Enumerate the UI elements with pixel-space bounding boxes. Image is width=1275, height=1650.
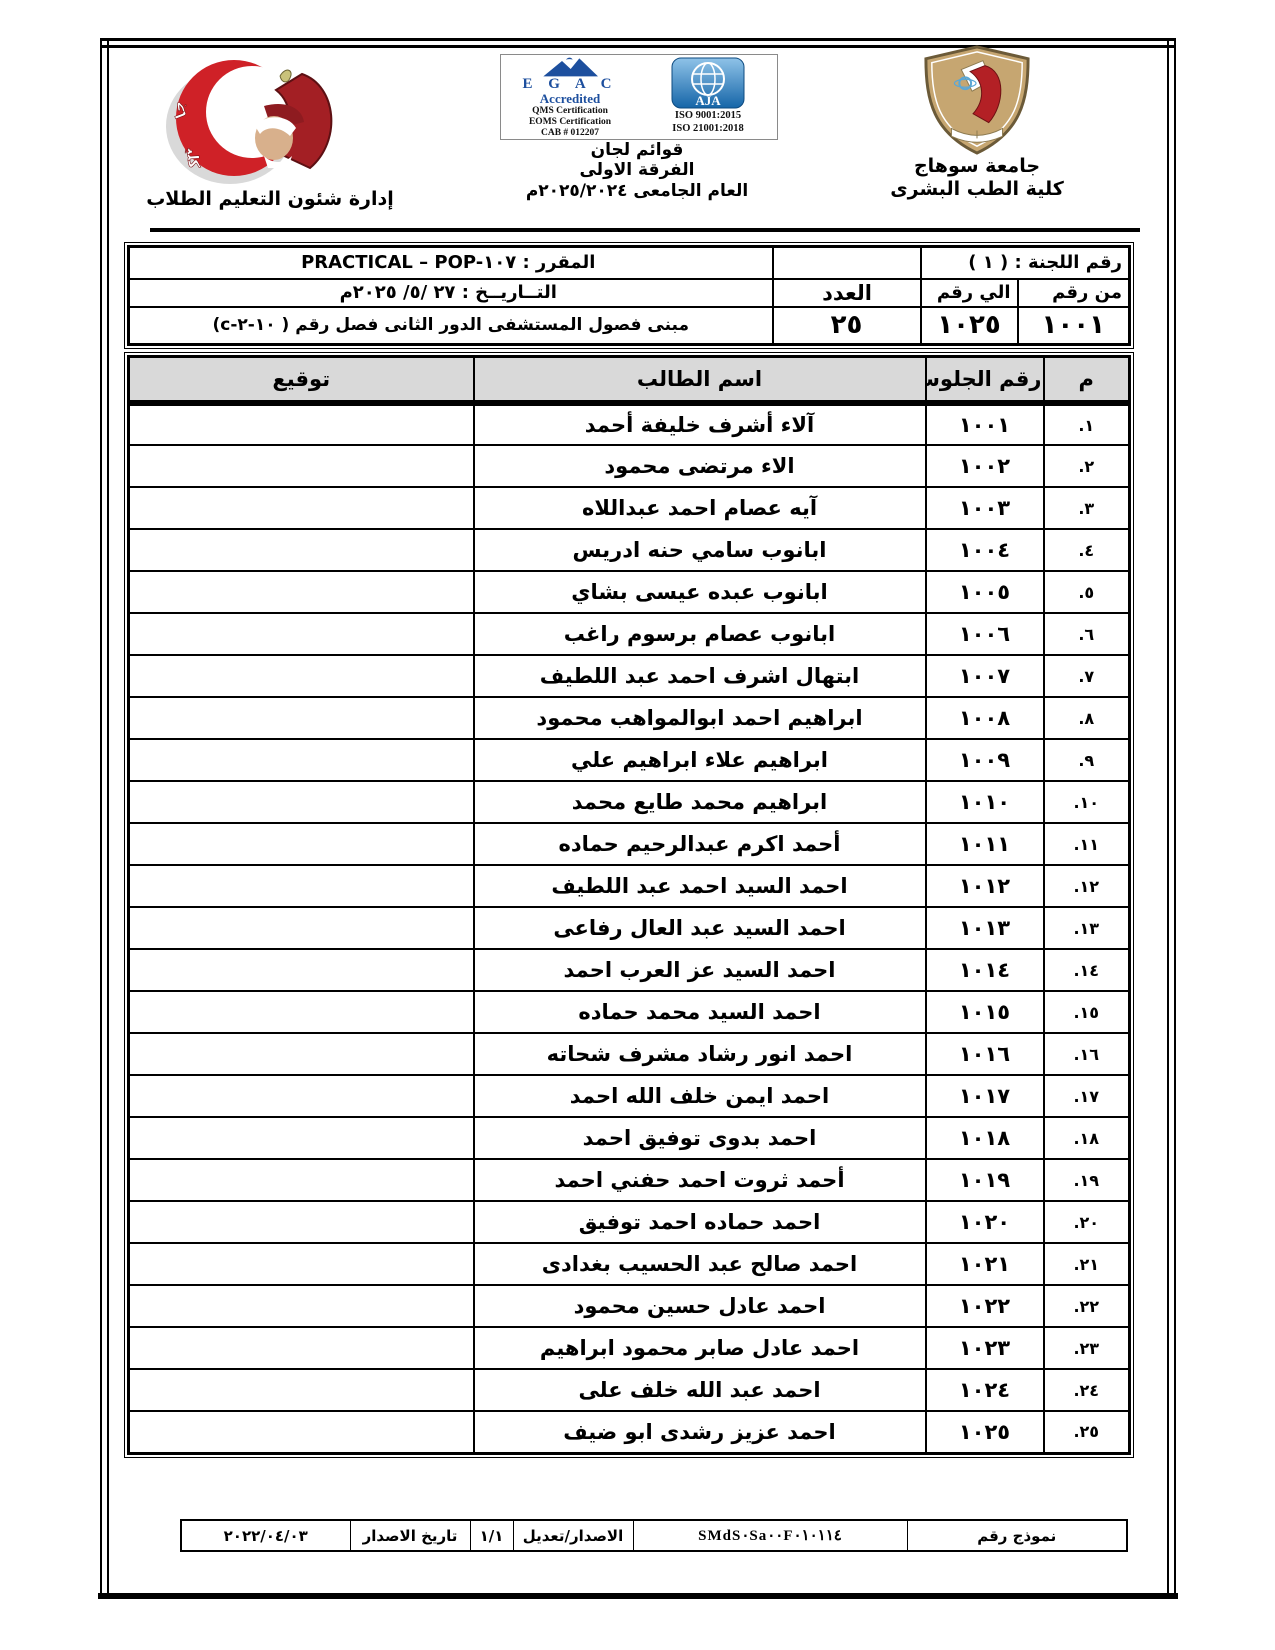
signature-cell [129, 907, 474, 949]
signature-cell [129, 1117, 474, 1159]
table-row: ١٣. ١٠١٣ احمد السيد عبد العال رفاعى [129, 907, 1130, 949]
table-row: ١٥. ١٠١٥ احمد السيد محمد حماده [129, 991, 1130, 1033]
signature-cell [129, 1201, 474, 1243]
table-row: ٢١. ١٠٢١ احمد صالح عبد الحسيب بغدادى [129, 1243, 1130, 1285]
signature-cell [129, 1033, 474, 1075]
seat-number-cell: ١٠٢٠ [926, 1201, 1044, 1243]
row-number-cell: ٨. [1044, 697, 1130, 739]
count-value: ٢٥ [773, 307, 921, 345]
seat-number-cell: ١٠١٧ [926, 1075, 1044, 1117]
egac-sub-line-3: CAB # 012207 [541, 128, 599, 139]
table-row: ١٠. ١٠١٠ ابراهيم محمد طايع محمد [129, 781, 1130, 823]
seat-number-cell: ١٠٢١ [926, 1243, 1044, 1285]
egac-sub-line-1: QMS Certification [532, 106, 608, 117]
from-number-value: ١٠٠١ [1018, 307, 1130, 345]
signature-cell [129, 1369, 474, 1411]
signature-cell [129, 781, 474, 823]
col-header-student-name: اسم الطالب [474, 357, 926, 404]
student-name-cell: آيه عصام احمد عبداللاه [474, 487, 926, 529]
student-name-cell: الاء مرتضى محمود [474, 445, 926, 487]
col-header-seat-number: رقم الجلوس [926, 357, 1044, 404]
table-row: ١٩. ١٠١٩ أحمد ثروت احمد حفني احمد [129, 1159, 1130, 1201]
seat-number-cell: ١٠١٤ [926, 949, 1044, 991]
seat-number-cell: ١٠١٨ [926, 1117, 1044, 1159]
table-row: ٨. ١٠٠٨ ابراهيم احمد ابوالمواهب محمود [129, 697, 1130, 739]
issue-value: ١/١ [470, 1520, 513, 1551]
seat-number-cell: ١٠١٥ [926, 991, 1044, 1033]
certification-box: E G A C Accredited QMS Certification EOM… [500, 54, 778, 140]
student-name-cell: احمد السيد عز العرب احمد [474, 949, 926, 991]
student-name-cell: احمد السيد احمد عبد اللطيف [474, 865, 926, 907]
seat-number-cell: ١٠١٠ [926, 781, 1044, 823]
row-number-cell: ١٨. [1044, 1117, 1130, 1159]
left-caption: إدارة شئون التعليم الطلاب [110, 188, 430, 210]
table-row: ٦. ١٠٠٦ ابانوب عصام برسوم راغب [129, 613, 1130, 655]
student-name-cell: احمد عادل صابر محمود ابراهيم [474, 1327, 926, 1369]
student-table: م رقم الجلوس اسم الطالب توقيع ١. ١٠٠١ آل… [124, 352, 1134, 1458]
row-number-cell: ١٤. [1044, 949, 1130, 991]
signature-cell [129, 1411, 474, 1453]
signature-cell [129, 949, 474, 991]
frame-left-line-outer [100, 38, 102, 1598]
table-row: ١٧. ١٠١٧ احمد ايمن خلف الله احمد [129, 1075, 1130, 1117]
signature-cell [129, 613, 474, 655]
doc-title-line-2: الفرقة الاولى [422, 160, 852, 180]
seat-number-cell: ١٠٠٣ [926, 487, 1044, 529]
signature-cell [129, 487, 474, 529]
table-row: ٧. ١٠٠٧ ابتهال اشرف احمد عبد اللطيف [129, 655, 1130, 697]
seat-number-cell: ١٠٠٧ [926, 655, 1044, 697]
row-number-cell: ٢٣. [1044, 1327, 1130, 1369]
student-name-cell: آلاء أشرف خليفة أحمد [474, 403, 926, 445]
empty-cell [773, 247, 921, 279]
student-name-cell: احمد السيد محمد حماده [474, 991, 926, 1033]
table-row: ١٤. ١٠١٤ احمد السيد عز العرب احمد [129, 949, 1130, 991]
signature-cell [129, 403, 474, 445]
date-cell: التــاريــخ : ٢٧ /٥/ ٢٠٢٥م [129, 279, 773, 307]
table-row: ٢. ١٠٠٢ الاء مرتضى محمود [129, 445, 1130, 487]
seat-number-cell: ١٠٠٦ [926, 613, 1044, 655]
to-number-label: الي رقم [921, 279, 1018, 307]
row-number-cell: ٢١. [1044, 1243, 1130, 1285]
row-number-cell: ٣. [1044, 487, 1130, 529]
signature-cell [129, 1285, 474, 1327]
seat-number-cell: ١٠٠٨ [926, 697, 1044, 739]
student-name-cell: ابراهيم علاء ابراهيم علي [474, 739, 926, 781]
student-name-cell: ابانوب عصام برسوم راغب [474, 613, 926, 655]
frame-bottom-line [98, 1593, 1178, 1599]
student-name-cell: احمد انور رشاد مشرف شحاته [474, 1033, 926, 1075]
row-number-cell: ٧. [1044, 655, 1130, 697]
document-page: { "header": { "left_logo_arc_top": "جامع… [0, 0, 1275, 1650]
table-row: ٣. ١٠٠٣ آيه عصام احمد عبداللاه [129, 487, 1130, 529]
seat-number-cell: ١٠٢٢ [926, 1285, 1044, 1327]
issue-label: الاصدار/تعديل [513, 1520, 633, 1551]
signature-cell [129, 739, 474, 781]
seat-number-cell: ١٠١١ [926, 823, 1044, 865]
row-number-cell: ١٠. [1044, 781, 1130, 823]
col-header-signature: توقيع [129, 357, 474, 404]
seat-number-cell: ١٠٢٥ [926, 1411, 1044, 1453]
student-name-cell: ابراهيم محمد طايع محمد [474, 781, 926, 823]
committee-number-cell: رقم اللجنة : ( ١ ) [921, 247, 1130, 279]
seat-number-cell: ١٠٠١ [926, 403, 1044, 445]
row-number-cell: ١٦. [1044, 1033, 1130, 1075]
from-number-label: من رقم [1018, 279, 1130, 307]
row-number-cell: ١٢. [1044, 865, 1130, 907]
university-caption-line-1: جامعة سوهاج [877, 155, 1077, 177]
doc-title-line-1: قوائم لجان [422, 140, 852, 160]
row-number-cell: ١٣. [1044, 907, 1130, 949]
table-row: ١. ١٠٠١ آلاء أشرف خليفة أحمد [129, 403, 1130, 445]
issue-date-value: ٢٠٢٢/٠٤/٠٣ [181, 1520, 350, 1551]
signature-cell [129, 697, 474, 739]
faculty-logo: جامعة سوهاج كلية الطب [152, 56, 357, 186]
row-number-cell: ٢٠. [1044, 1201, 1130, 1243]
seat-number-cell: ١٠٢٣ [926, 1327, 1044, 1369]
university-caption-line-2: كلية الطب البشرى [877, 178, 1077, 200]
student-name-cell: ابتهال اشرف احمد عبد اللطيف [474, 655, 926, 697]
doc-title-line-3: العام الجامعى ٢٠٢٥/٢٠٢٤م [422, 181, 852, 201]
table-row: ٢٠. ١٠٢٠ احمد حماده احمد توفيق [129, 1201, 1130, 1243]
signature-cell [129, 865, 474, 907]
signature-cell [129, 1075, 474, 1117]
table-row: ٢٢. ١٠٢٢ احمد عادل حسين محمود [129, 1285, 1130, 1327]
seat-number-cell: ١٠٠٤ [926, 529, 1044, 571]
table-row: ٩. ١٠٠٩ ابراهيم علاء ابراهيم علي [129, 739, 1130, 781]
row-number-cell: ٥. [1044, 571, 1130, 613]
signature-cell [129, 823, 474, 865]
frame-top-line-outer [100, 38, 1176, 41]
student-name-cell: ابانوب عبده عيسى بشاي [474, 571, 926, 613]
signature-cell [129, 529, 474, 571]
egac-sub-line-2: EOMS Certification [529, 117, 611, 128]
egac-mountains-icon [524, 57, 616, 77]
iso-line-2: ISO 21001:2018 [672, 122, 743, 135]
row-number-cell: ٦. [1044, 613, 1130, 655]
seat-number-cell: ١٠٢٤ [926, 1369, 1044, 1411]
row-number-cell: ٩. [1044, 739, 1130, 781]
row-number-cell: ٢٤. [1044, 1369, 1130, 1411]
egac-logo: E G A C Accredited QMS Certification EOM… [501, 55, 639, 139]
seat-number-cell: ١٠١٣ [926, 907, 1044, 949]
iso-line-1: ISO 9001:2015 [675, 109, 741, 122]
row-number-cell: ١٥. [1044, 991, 1130, 1033]
egac-accredited: Accredited [540, 92, 600, 106]
student-name-cell: ابانوب سامي حنه ادريس [474, 529, 926, 571]
student-name-cell: احمد عبد الله خلف على [474, 1369, 926, 1411]
row-number-cell: ١. [1044, 403, 1130, 445]
student-name-cell: ابراهيم احمد ابوالمواهب محمود [474, 697, 926, 739]
signature-cell [129, 655, 474, 697]
form-footer: نموذج رقم SMdS٠Sa٠٠F٠١٠١١٤ الاصدار/تعديل… [180, 1519, 1128, 1552]
form-number-value: SMdS٠Sa٠٠F٠١٠١١٤ [633, 1520, 907, 1551]
row-number-cell: ٢. [1044, 445, 1130, 487]
to-number-value: ١٠٢٥ [921, 307, 1018, 345]
student-name-cell: احمد بدوى توفيق احمد [474, 1117, 926, 1159]
student-name-cell: أحمد اكرم عبدالرحيم حماده [474, 823, 926, 865]
signature-cell [129, 1243, 474, 1285]
student-name-cell: احمد عادل حسين محمود [474, 1285, 926, 1327]
table-row: ٢٣. ١٠٢٣ احمد عادل صابر محمود ابراهيم [129, 1327, 1130, 1369]
frame-right-line-inner [1167, 38, 1169, 1598]
form-number-label: نموذج رقم [907, 1520, 1127, 1551]
seat-number-cell: ١٠٠٥ [926, 571, 1044, 613]
student-name-cell: احمد حماده احمد توفيق [474, 1201, 926, 1243]
row-number-cell: ٤. [1044, 529, 1130, 571]
table-header-row: م رقم الجلوس اسم الطالب توقيع [129, 357, 1130, 404]
student-name-cell: احمد السيد عبد العال رفاعى [474, 907, 926, 949]
table-row: ٢٤. ١٠٢٤ احمد عبد الله خلف على [129, 1369, 1130, 1411]
location-cell: مبنى فصول المستشفى الدور الثانى فصل رقم … [129, 307, 773, 345]
student-name-cell: احمد صالح عبد الحسيب بغدادى [474, 1243, 926, 1285]
university-logo [918, 44, 1036, 156]
row-number-cell: ١٩. [1044, 1159, 1130, 1201]
table-row: ١١. ١٠١١ أحمد اكرم عبدالرحيم حماده [129, 823, 1130, 865]
egac-name: E G A C [523, 77, 618, 92]
seat-number-cell: ١٠٠٢ [926, 445, 1044, 487]
row-number-cell: ٢٢. [1044, 1285, 1130, 1327]
signature-cell [129, 991, 474, 1033]
aja-globe-icon: AJA [671, 57, 745, 109]
row-number-cell: ٢٥. [1044, 1411, 1130, 1453]
student-name-cell: احمد ايمن خلف الله احمد [474, 1075, 926, 1117]
table-row: ١٨. ١٠١٨ احمد بدوى توفيق احمد [129, 1117, 1130, 1159]
seat-number-cell: ١٠١٦ [926, 1033, 1044, 1075]
seat-number-cell: ١٠١٢ [926, 865, 1044, 907]
row-number-cell: ١٧. [1044, 1075, 1130, 1117]
exam-info-table: رقم اللجنة : ( ١ ) المقرر : ‪PRACTICAL –… [124, 242, 1134, 349]
table-row: ٤. ١٠٠٤ ابانوب سامي حنه ادريس [129, 529, 1130, 571]
signature-cell [129, 1327, 474, 1369]
student-name-cell: أحمد ثروت احمد حفني احمد [474, 1159, 926, 1201]
signature-cell [129, 571, 474, 613]
table-row: ١٦. ١٠١٦ احمد انور رشاد مشرف شحاته [129, 1033, 1130, 1075]
col-header-index: م [1044, 357, 1130, 404]
table-row: ٢٥. ١٠٢٥ احمد عزيز رشدى ابو ضيف [129, 1411, 1130, 1453]
signature-cell [129, 445, 474, 487]
table-row: ٥. ١٠٠٥ ابانوب عبده عيسى بشاي [129, 571, 1130, 613]
table-row: ١٢. ١٠١٢ احمد السيد احمد عبد اللطيف [129, 865, 1130, 907]
count-label: العدد [773, 279, 921, 307]
issue-date-label: تاريخ الاصدار [350, 1520, 470, 1551]
course-cell: المقرر : ‪PRACTICAL – POP-١٠٧‬ [129, 247, 773, 279]
signature-cell [129, 1159, 474, 1201]
frame-right-line-outer [1174, 38, 1176, 1598]
aja-logo: AJA ISO 9001:2015 ISO 21001:2018 [639, 55, 777, 139]
student-name-cell: احمد عزيز رشدى ابو ضيف [474, 1411, 926, 1453]
aja-name: AJA [695, 93, 721, 108]
seat-number-cell: ١٠١٩ [926, 1159, 1044, 1201]
header-separator-line [150, 228, 1140, 232]
frame-left-line-inner [107, 38, 109, 1598]
seat-number-cell: ١٠٠٩ [926, 739, 1044, 781]
row-number-cell: ١١. [1044, 823, 1130, 865]
